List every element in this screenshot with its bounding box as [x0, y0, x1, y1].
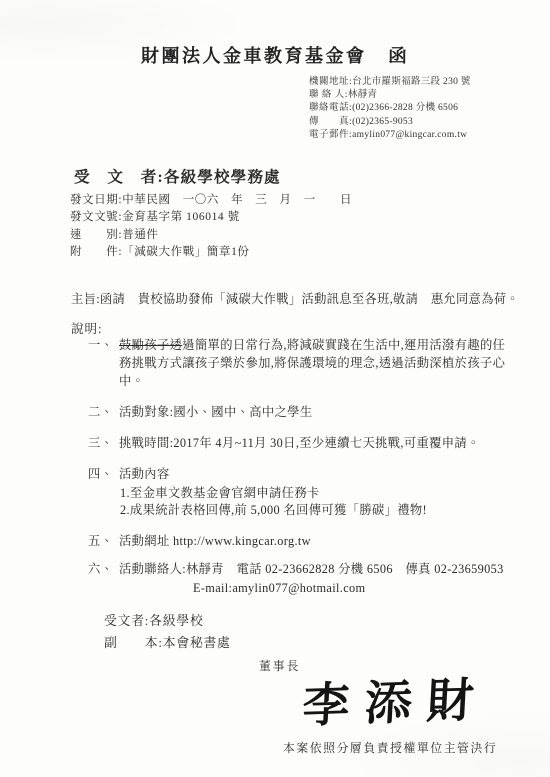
explanation-item-4: 四、 活動內容: [88, 466, 170, 484]
item-5-number: 五、: [88, 533, 119, 551]
item-1-struck-text: 鼓勵孩子透: [119, 338, 182, 352]
item-1-number: 一、: [88, 337, 119, 355]
contact-row-address: 機關地址:台北市羅斯福路三段 230 號: [309, 76, 471, 89]
contact-fax-value: (02)2365-9053: [352, 117, 413, 127]
meta-attachment-label: 附 件:: [70, 246, 122, 258]
scanned-letter-page: 財團法人金車教育基金會函 機關地址:台北市羅斯福路三段 230 號 聯 絡 人:…: [0, 0, 550, 777]
contact-row-phone: 聯絡電話:(02)2366-2828 分機 6506: [309, 102, 471, 115]
delegation-footnote: 本案依照分層負責授權單位主管決行: [283, 739, 497, 756]
item-4-sub-2: 2.成果統計表格回傳,前 5,000 名回傳可獲「勝碳」禮物!: [120, 500, 427, 518]
chairman-signature: 李添財: [301, 662, 490, 736]
meta-row-number: 發文文號:金育基字第 106014 號: [70, 209, 352, 226]
meta-number-value: 金育基字第 106014 號: [122, 211, 240, 223]
item-4-number: 四、: [88, 466, 119, 484]
meta-row-date: 發文日期:中華民國 一〇六 年 三 月 一 日: [70, 192, 352, 209]
item-5-text-activity-url: 活動網址 http://www.kingcar.org.tw: [119, 533, 311, 551]
recipient-label: 受 文 者:: [74, 169, 164, 186]
item-4-sub-1: 1.至金車文教基金會官網申請任務卡: [120, 483, 320, 501]
meta-date-label: 發文日期:: [70, 194, 122, 206]
item-2-number: 二、: [88, 404, 119, 422]
item-3-text: 挑戰時間:2017年 4月~11月 30日,至少連續七天挑戰,可重覆申請。: [119, 435, 480, 453]
subject-line: 主旨:函請 貴校協助發佈「減碳大作戰」活動訊息至各班,敬請 惠允同意為荷。: [71, 289, 519, 307]
subject-text: 函請 貴校協助發佈「減碳大作戰」活動訊息至各班,敬請 惠允同意為荷。: [100, 292, 519, 306]
explanation-item-1: 一、 鼓勵孩子透過簡單的日常行為,將減碳實踐在生活中,運用活潑有趣的任務挑戰方式…: [88, 337, 507, 390]
item-3-number: 三、: [88, 435, 119, 453]
contact-person-value: 林靜青: [348, 90, 377, 100]
contact-phone-label: 聯絡電話:: [309, 103, 352, 113]
meta-speed-label: 速 別:: [70, 229, 122, 241]
contact-address-value: 台北市羅斯福路三段 230 號: [352, 77, 471, 87]
explanation-item-2: 二、 活動對象:國小、國中、高中之學生: [88, 404, 312, 422]
letter-title: 財團法人金車教育基金會函: [0, 42, 550, 68]
cc-recipient-value: 各級學校: [149, 614, 203, 628]
cc-recipient-row: 受文者:各級學校: [104, 610, 231, 632]
doc-type-label: 函: [389, 46, 410, 66]
item-4-text: 活動內容: [119, 466, 170, 484]
contact-email-value: amylin077@kingcar.com.tw: [352, 130, 467, 140]
contact-fax-label: 傳 真:: [309, 117, 352, 127]
contact-row-person: 聯 絡 人:林靜青: [309, 89, 471, 102]
explanation-item-5: 五、 活動網址 http://www.kingcar.org.tw: [88, 533, 311, 551]
cc-copy-row: 副 本:本會秘書處: [104, 632, 231, 654]
contact-email-label: 電子郵件:: [309, 130, 352, 140]
contact-phone-value: (02)2366-2828 分機 6506: [352, 103, 458, 113]
meta-row-attachment: 附 件:「減碳大作戰」簡章1份: [70, 244, 352, 261]
contact-row-email: 電子郵件:amylin077@kingcar.com.tw: [309, 129, 471, 142]
cc-copy-label: 副 本:: [104, 636, 163, 650]
meta-block: 發文日期:中華民國 一〇六 年 三 月 一 日 發文文號:金育基字第 10601…: [70, 192, 352, 261]
item-2-text: 活動對象:國小、國中、高中之學生: [119, 404, 312, 422]
meta-row-speed: 速 別:普通件: [70, 227, 352, 244]
meta-date-value: 中華民國 一〇六 年 三 月 一 日: [122, 194, 352, 206]
contact-row-fax: 傳 真:(02)2365-9053: [309, 116, 471, 129]
org-name: 財團法人金車教育基金會: [141, 46, 367, 66]
explanation-item-6: 六、 活動聯絡人:林靜青 電話 02-23662828 分機 6506 傳真 0…: [88, 561, 504, 579]
explanation-item-3: 三、 挑戰時間:2017年 4月~11月 30日,至少連續七天挑戰,可重覆申請。: [88, 435, 480, 453]
recipient-value: 各級學校學務處: [164, 169, 281, 186]
recipient-line: 受 文 者:各級學校學務處: [74, 165, 281, 187]
item-1-text: 鼓勵孩子透過簡單的日常行為,將減碳實踐在生活中,運用活潑有趣的任務挑戰方式讓孩子…: [119, 337, 507, 390]
contact-person-label: 聯 絡 人:: [309, 90, 348, 100]
meta-speed-value: 普通件: [122, 229, 158, 241]
meta-number-label: 發文文號:: [70, 211, 122, 223]
signer-title: 董事長: [259, 657, 300, 674]
subject-label: 主旨:: [71, 292, 100, 306]
explanation-label: 說明:: [71, 319, 102, 337]
cc-block: 受文者:各級學校 副 本:本會秘書處: [104, 610, 231, 654]
cc-copy-value: 本會秘書處: [163, 636, 231, 650]
contact-address-label: 機關地址:: [309, 77, 352, 87]
contact-block: 機關地址:台北市羅斯福路三段 230 號 聯 絡 人:林靜青 聯絡電話:(02)…: [309, 76, 471, 142]
meta-attachment-value: 「減碳大作戰」簡章1份: [122, 246, 249, 258]
item-6-number: 六、: [88, 561, 119, 579]
cc-recipient-label: 受文者:: [104, 614, 149, 628]
item-6-email-line: E-mail:amylin077@hotmail.com: [193, 581, 365, 596]
item-6-text: 活動聯絡人:林靜青 電話 02-23662828 分機 6506 傳真 02-2…: [119, 561, 504, 579]
